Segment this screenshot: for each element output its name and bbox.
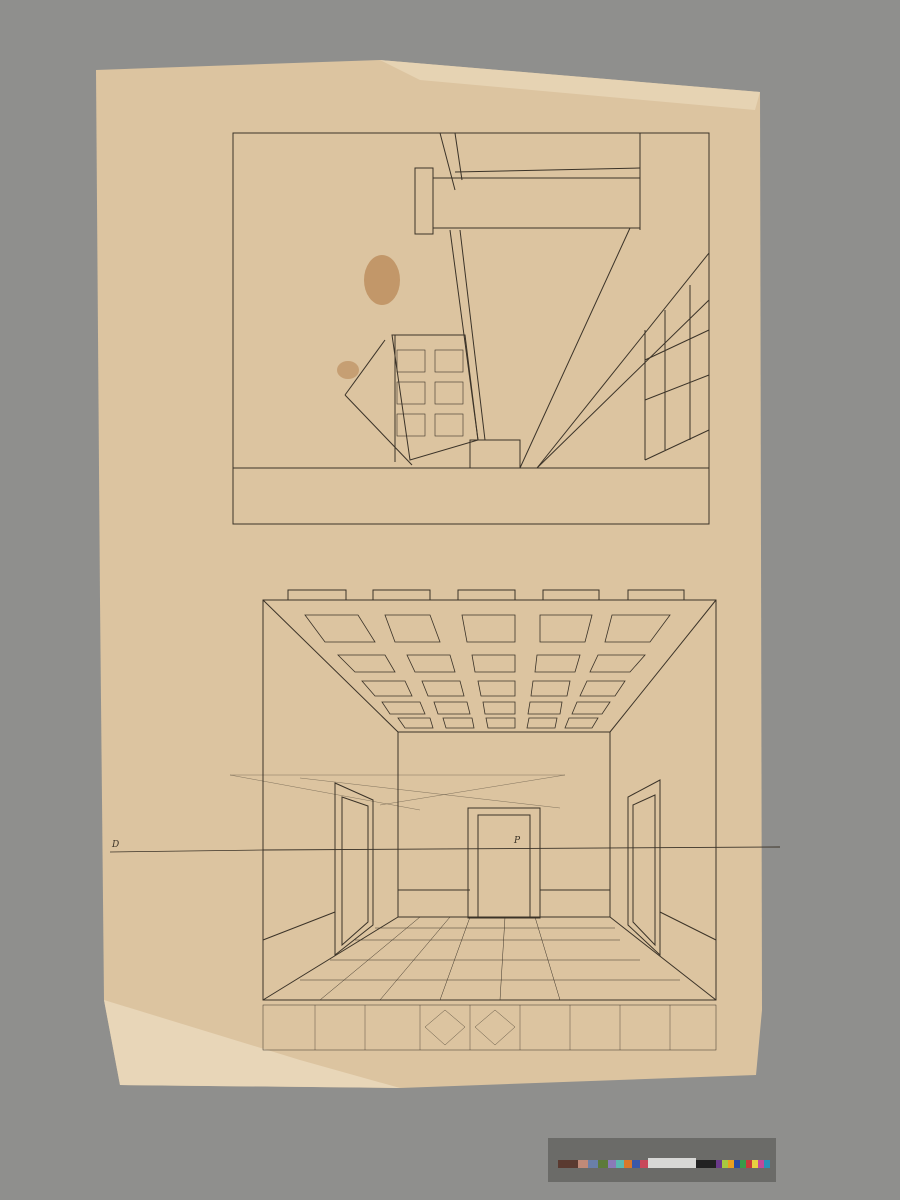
stain-large bbox=[364, 255, 400, 305]
vanishing-point-mark: P bbox=[514, 836, 520, 846]
color-calibration-bar bbox=[548, 1138, 776, 1182]
scan-stage: D P bbox=[0, 0, 900, 1200]
paper-sheet bbox=[96, 60, 762, 1088]
left-horizon-mark: D bbox=[112, 840, 119, 850]
stain-small bbox=[337, 361, 359, 379]
drawing-svg bbox=[0, 0, 900, 1200]
